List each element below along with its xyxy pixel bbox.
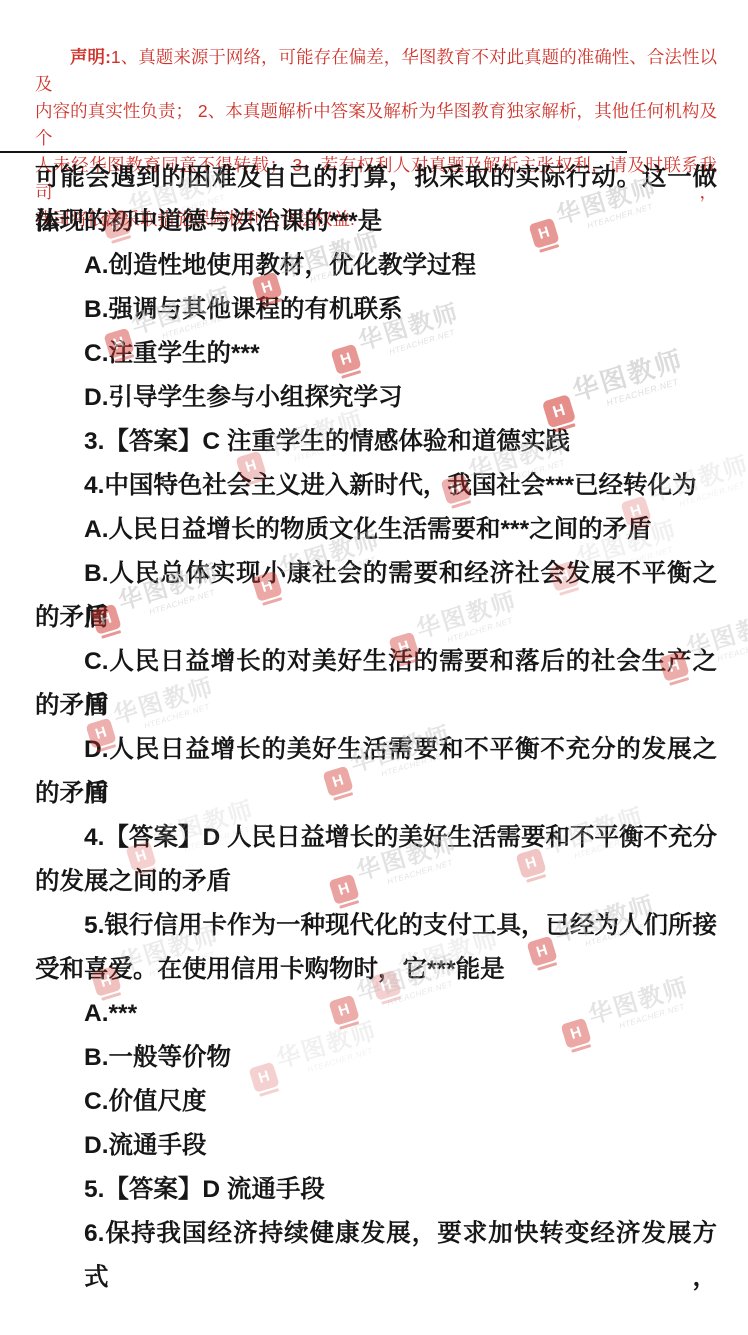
body-line: D.人民日益增长的美好生活需要和不平衡不充分的发展之间 — [35, 728, 717, 772]
body-line: 的发展之间的矛盾 — [35, 860, 717, 904]
body-line: B.人民总体实现小康社会的需要和经济社会发展不平衡之间 — [35, 552, 717, 596]
document-body: 可能会遇到的困难及自己的打算，拟采取的实际行动。这一做法体现的初中道德与法治课的… — [35, 156, 717, 1256]
document-page: 声明:1、真题来源于网络，可能存在偏差，华图教育不对此真题的准确性、合法性以及内… — [0, 0, 748, 1335]
body-line: 4.【答案】D 人民日益增长的美好生活需要和不平衡不充分 — [35, 816, 717, 860]
body-line: A.*** — [35, 992, 717, 1036]
disclaimer-line: 内容的真实性负责； 2、本真题解析中答案及解析为华图教育独家解析，其他任何机构及… — [35, 98, 717, 152]
body-line: B.强调与其他课程的有机联系 — [35, 288, 717, 332]
divider-line — [0, 151, 627, 153]
body-line: 可能会遇到的困难及自己的打算，拟采取的实际行动。这一做法 — [35, 156, 717, 200]
body-line: 6.保持我国经济持续健康发展，要求加快转变经济发展方式， — [35, 1212, 717, 1256]
body-line: 3.【答案】C 注重学生的情感体验和道德实践 — [35, 420, 717, 464]
body-line: D.引导学生参与小组探究学习 — [35, 376, 717, 420]
body-line: C.人民日益增长的对美好生活的需要和落后的社会生产之间 — [35, 640, 717, 684]
disclaimer-line: 声明:1、真题来源于网络，可能存在偏差，华图教育不对此真题的准确性、合法性以及 — [35, 44, 717, 98]
disclaimer-label: 声明: — [70, 47, 111, 67]
body-line: D.流通手段 — [35, 1124, 717, 1168]
body-line: C.价值尺度 — [35, 1080, 717, 1124]
body-line: A.人民日益增长的物质文化生活需要和***之间的矛盾 — [35, 508, 717, 552]
body-line: 受和喜爱。在使用信用卡购物时，它***能是 — [35, 948, 717, 992]
body-line: 的矛盾 — [35, 772, 717, 816]
body-line: 5.银行信用卡作为一种现代化的支付工具，已经为人们所接 — [35, 904, 717, 948]
body-line: A.创造性地使用教材，优化教学过程 — [35, 244, 717, 288]
watermark-domain: HTEACHER.NET — [716, 632, 748, 663]
body-line: 5.【答案】D 流通手段 — [35, 1168, 717, 1212]
body-line: 体现的初中道德与法治课的***是 — [35, 200, 717, 244]
body-line: B.一般等价物 — [35, 1036, 717, 1080]
body-line: C.注重学生的*** — [35, 332, 717, 376]
body-line: 的矛盾 — [35, 596, 717, 640]
body-line: 4.中国特色社会主义进入新时代，我国社会***已经转化为 — [35, 464, 717, 508]
body-line: 的矛盾 — [35, 684, 717, 728]
